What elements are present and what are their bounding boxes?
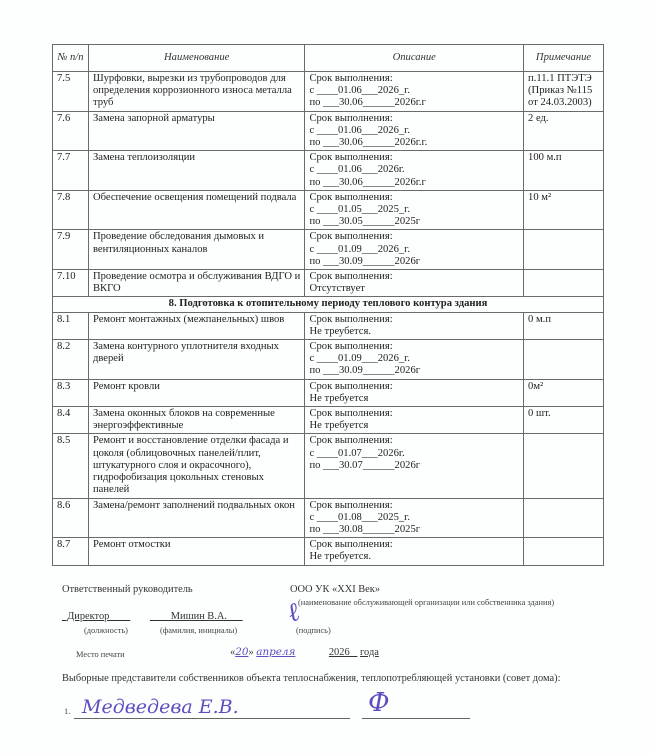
row-name: Шурфовки, вырезки из трубопроводов для о…: [88, 72, 304, 112]
row-note: [524, 538, 604, 565]
representative-number: 1.: [64, 707, 70, 716]
description-line: с ____01.09___2026_г.: [309, 353, 519, 365]
row-number: 8.7: [53, 538, 89, 565]
date-month: апреля: [256, 646, 326, 658]
representative-handwritten-name: Медведева Е.В.: [82, 696, 239, 718]
section-7-rows: 7.5Шурфовки, вырезки из трубопроводов дл…: [53, 72, 604, 297]
table-header-row: № п/п Наименование Описание Примечание: [53, 45, 604, 72]
table-row: 7.5Шурфовки, вырезки из трубопроводов дл…: [53, 72, 604, 112]
row-number: 7.5: [53, 72, 89, 112]
table-row: 7.8Обеспечение освещения помещений подва…: [53, 190, 604, 230]
row-name: Обеспечение освещения помещений подвала: [88, 190, 304, 230]
description-line: Срок выполнения:: [309, 341, 519, 353]
row-number: 8.1: [53, 312, 89, 339]
name-caption: (фамилия, инициалы): [160, 626, 237, 635]
row-number: 8.2: [53, 340, 89, 380]
description-line: по ___30.05______2025г: [309, 216, 519, 228]
table-row: 8.4Замена оконных блоков на современные …: [53, 407, 604, 434]
row-number: 7.9: [53, 230, 89, 270]
description-line: Срок выполнения:: [309, 152, 519, 164]
row-description: Срок выполнения:Отсутствует: [305, 270, 524, 297]
row-note: 0м²: [524, 379, 604, 406]
row-description: Срок выполнения:с ____01.06___2026_г.по …: [305, 72, 524, 112]
row-number: 7.7: [53, 151, 89, 191]
table-row: 7.10Проведение осмотра и обслуживания ВД…: [53, 270, 604, 297]
description-line: Срок выполнения:: [309, 314, 519, 326]
description-line: с ____01.05___2025_г.: [309, 204, 519, 216]
row-description: Срок выполнения:Не треубется.: [305, 312, 524, 339]
description-line: Срок выполнения:: [309, 435, 519, 447]
row-name: Ремонт отмостки: [88, 538, 304, 565]
row-description: Срок выполнения:Не требуется: [305, 407, 524, 434]
responsible-label: Ответственный руководитель: [62, 584, 193, 595]
row-description: Срок выполнения:с ____01.09___2026_г.по …: [305, 230, 524, 270]
row-number: 7.6: [53, 111, 89, 151]
row-description: Срок выполнения:с ____01.06___2026г.по _…: [305, 151, 524, 191]
row-description: Срок выполнения:с ____01.06___2026_г.по …: [305, 111, 524, 151]
header-note: Примечание: [524, 45, 604, 72]
row-description: Срок выполнения:с ____01.05___2025_г.по …: [305, 190, 524, 230]
table-row: 7.9Проведение обследования дымовых и вен…: [53, 230, 604, 270]
row-description: Срок выполнения:с ____01.09___2026_г.по …: [305, 340, 524, 380]
description-line: по ___30.06______2026г.г: [309, 97, 519, 109]
description-line: Срок выполнения:: [309, 271, 519, 283]
representative-signature-line: [362, 718, 470, 719]
row-name: Замена запорной арматуры: [88, 111, 304, 151]
organization-caption: (наименование обслуживающей организации …: [298, 598, 554, 607]
table-row: 7.7Замена теплоизоляцииСрок выполнения:с…: [53, 151, 604, 191]
row-description: Срок выполнения:Не требуется.: [305, 538, 524, 565]
date-day: 20: [235, 646, 248, 658]
row-note: 2 ед.: [524, 111, 604, 151]
header-num: № п/п: [53, 45, 89, 72]
row-name: Ремонт монтажных (межпанельных) швов: [88, 312, 304, 339]
row-note: п.11.1 ПТЭТЭ (Приказ №115 от 24.03.2003): [524, 72, 604, 112]
row-name: Ремонт и восстановление отделки фасада и…: [88, 434, 304, 498]
section-8-title: 8. Подготовка к отопительному периоду те…: [53, 297, 604, 312]
row-note: [524, 434, 604, 498]
position-value: _Директор____: [62, 611, 130, 622]
description-line: с ____01.07___2026г.: [309, 448, 519, 460]
row-note: [524, 340, 604, 380]
description-line: с ____01.06___2026_г.: [309, 125, 519, 137]
description-line: с ____01.08___2025_г.: [309, 512, 519, 524]
row-note: [524, 498, 604, 538]
row-note: 0 м.п: [524, 312, 604, 339]
row-description: Срок выполнения:с ____01.07___2026г.по _…: [305, 434, 524, 498]
description-line: Срок выполнения:: [309, 500, 519, 512]
work-plan-table: № п/п Наименование Описание Примечание 7…: [52, 44, 604, 566]
table-row: 8.2Замена контурного уплотнителя входных…: [53, 340, 604, 380]
description-line: Не требуется: [309, 393, 519, 405]
row-name: Замена теплоизоляции: [88, 151, 304, 191]
row-number: 8.5: [53, 434, 89, 498]
table-row: 8.1Ремонт монтажных (межпанельных) швовС…: [53, 312, 604, 339]
representative-signature: Ф: [368, 688, 390, 718]
row-name: Замена оконных блоков на современные эне…: [88, 407, 304, 434]
organization-name: ООО УК «XXI Век»: [290, 584, 380, 595]
description-line: Срок выполнения:: [309, 73, 519, 85]
header-name: Наименование: [88, 45, 304, 72]
description-line: Срок выполнения:: [309, 192, 519, 204]
row-name: Ремонт кровли: [88, 379, 304, 406]
description-line: по ___30.09______2026г: [309, 256, 519, 268]
representatives-text: Выборные представители собственников объ…: [62, 672, 602, 685]
row-note: 10 м²: [524, 190, 604, 230]
description-line: по ___30.06______2026г.г: [309, 177, 519, 189]
row-number: 7.10: [53, 270, 89, 297]
table-row: 8.7Ремонт отмосткиСрок выполнения:Не тре…: [53, 538, 604, 565]
representative-name-line: [74, 718, 350, 719]
row-note: 100 м.п: [524, 151, 604, 191]
date-close-quote: »: [248, 647, 253, 658]
table-row: 8.5Ремонт и восстановление отделки фасад…: [53, 434, 604, 498]
manager-name: ____Мишин В.А.___: [150, 611, 243, 622]
description-line: Не треубется.: [309, 326, 519, 338]
description-line: по ___30.09______2026г: [309, 365, 519, 377]
date-line: «20» апреля 2026 года: [230, 646, 379, 658]
description-line: Срок выполнения:: [309, 408, 519, 420]
position-caption: (должность): [84, 626, 128, 635]
table-row: 7.6Замена запорной арматурыСрок выполнен…: [53, 111, 604, 151]
row-note: [524, 270, 604, 297]
row-name: Замена контурного уплотнителя входных дв…: [88, 340, 304, 380]
description-line: по ___30.06______2026г.г.: [309, 137, 519, 149]
description-line: Срок выполнения:: [309, 231, 519, 243]
signature-caption: (подпись): [296, 626, 331, 635]
table-row: 8.3Ремонт кровлиСрок выполнения:Не требу…: [53, 379, 604, 406]
row-number: 8.3: [53, 379, 89, 406]
row-name: Проведение осмотра и обслуживания ВДГО и…: [88, 270, 304, 297]
description-line: Срок выполнения:: [309, 381, 519, 393]
row-name: Замена/ремонт заполнений подвальных окон: [88, 498, 304, 538]
row-description: Срок выполнения:Не требуется: [305, 379, 524, 406]
description-line: с ____01.06___2026_г.: [309, 85, 519, 97]
description-line: Не требуется: [309, 420, 519, 432]
date-year: 2026: [329, 647, 350, 658]
description-line: Отсутствует: [309, 283, 519, 295]
description-line: по ___30.07______2026г: [309, 460, 519, 472]
row-number: 7.8: [53, 190, 89, 230]
stamp-label: Место печати: [76, 650, 125, 659]
description-line: Срок выполнения:: [309, 113, 519, 125]
section-8-rows: 8.1Ремонт монтажных (межпанельных) швовС…: [53, 312, 604, 565]
table-row: 8.6Замена/ремонт заполнений подвальных о…: [53, 498, 604, 538]
description-line: Срок выполнения:: [309, 539, 519, 551]
section-8-header: 8. Подготовка к отопительному периоду те…: [53, 297, 604, 312]
row-note: [524, 230, 604, 270]
description-line: по ___30.08______2025г: [309, 524, 519, 536]
row-number: 8.4: [53, 407, 89, 434]
description-line: с ____01.06___2026г.: [309, 164, 519, 176]
date-suffix: года: [360, 647, 379, 658]
row-description: Срок выполнения:с ____01.08___2025_г.по …: [305, 498, 524, 538]
description-line: Не требуется.: [309, 551, 519, 563]
row-note: 0 шт.: [524, 407, 604, 434]
description-line: с ____01.09___2026_г.: [309, 244, 519, 256]
header-description: Описание: [305, 45, 524, 72]
row-name: Проведение обследования дымовых и вентил…: [88, 230, 304, 270]
row-number: 8.6: [53, 498, 89, 538]
